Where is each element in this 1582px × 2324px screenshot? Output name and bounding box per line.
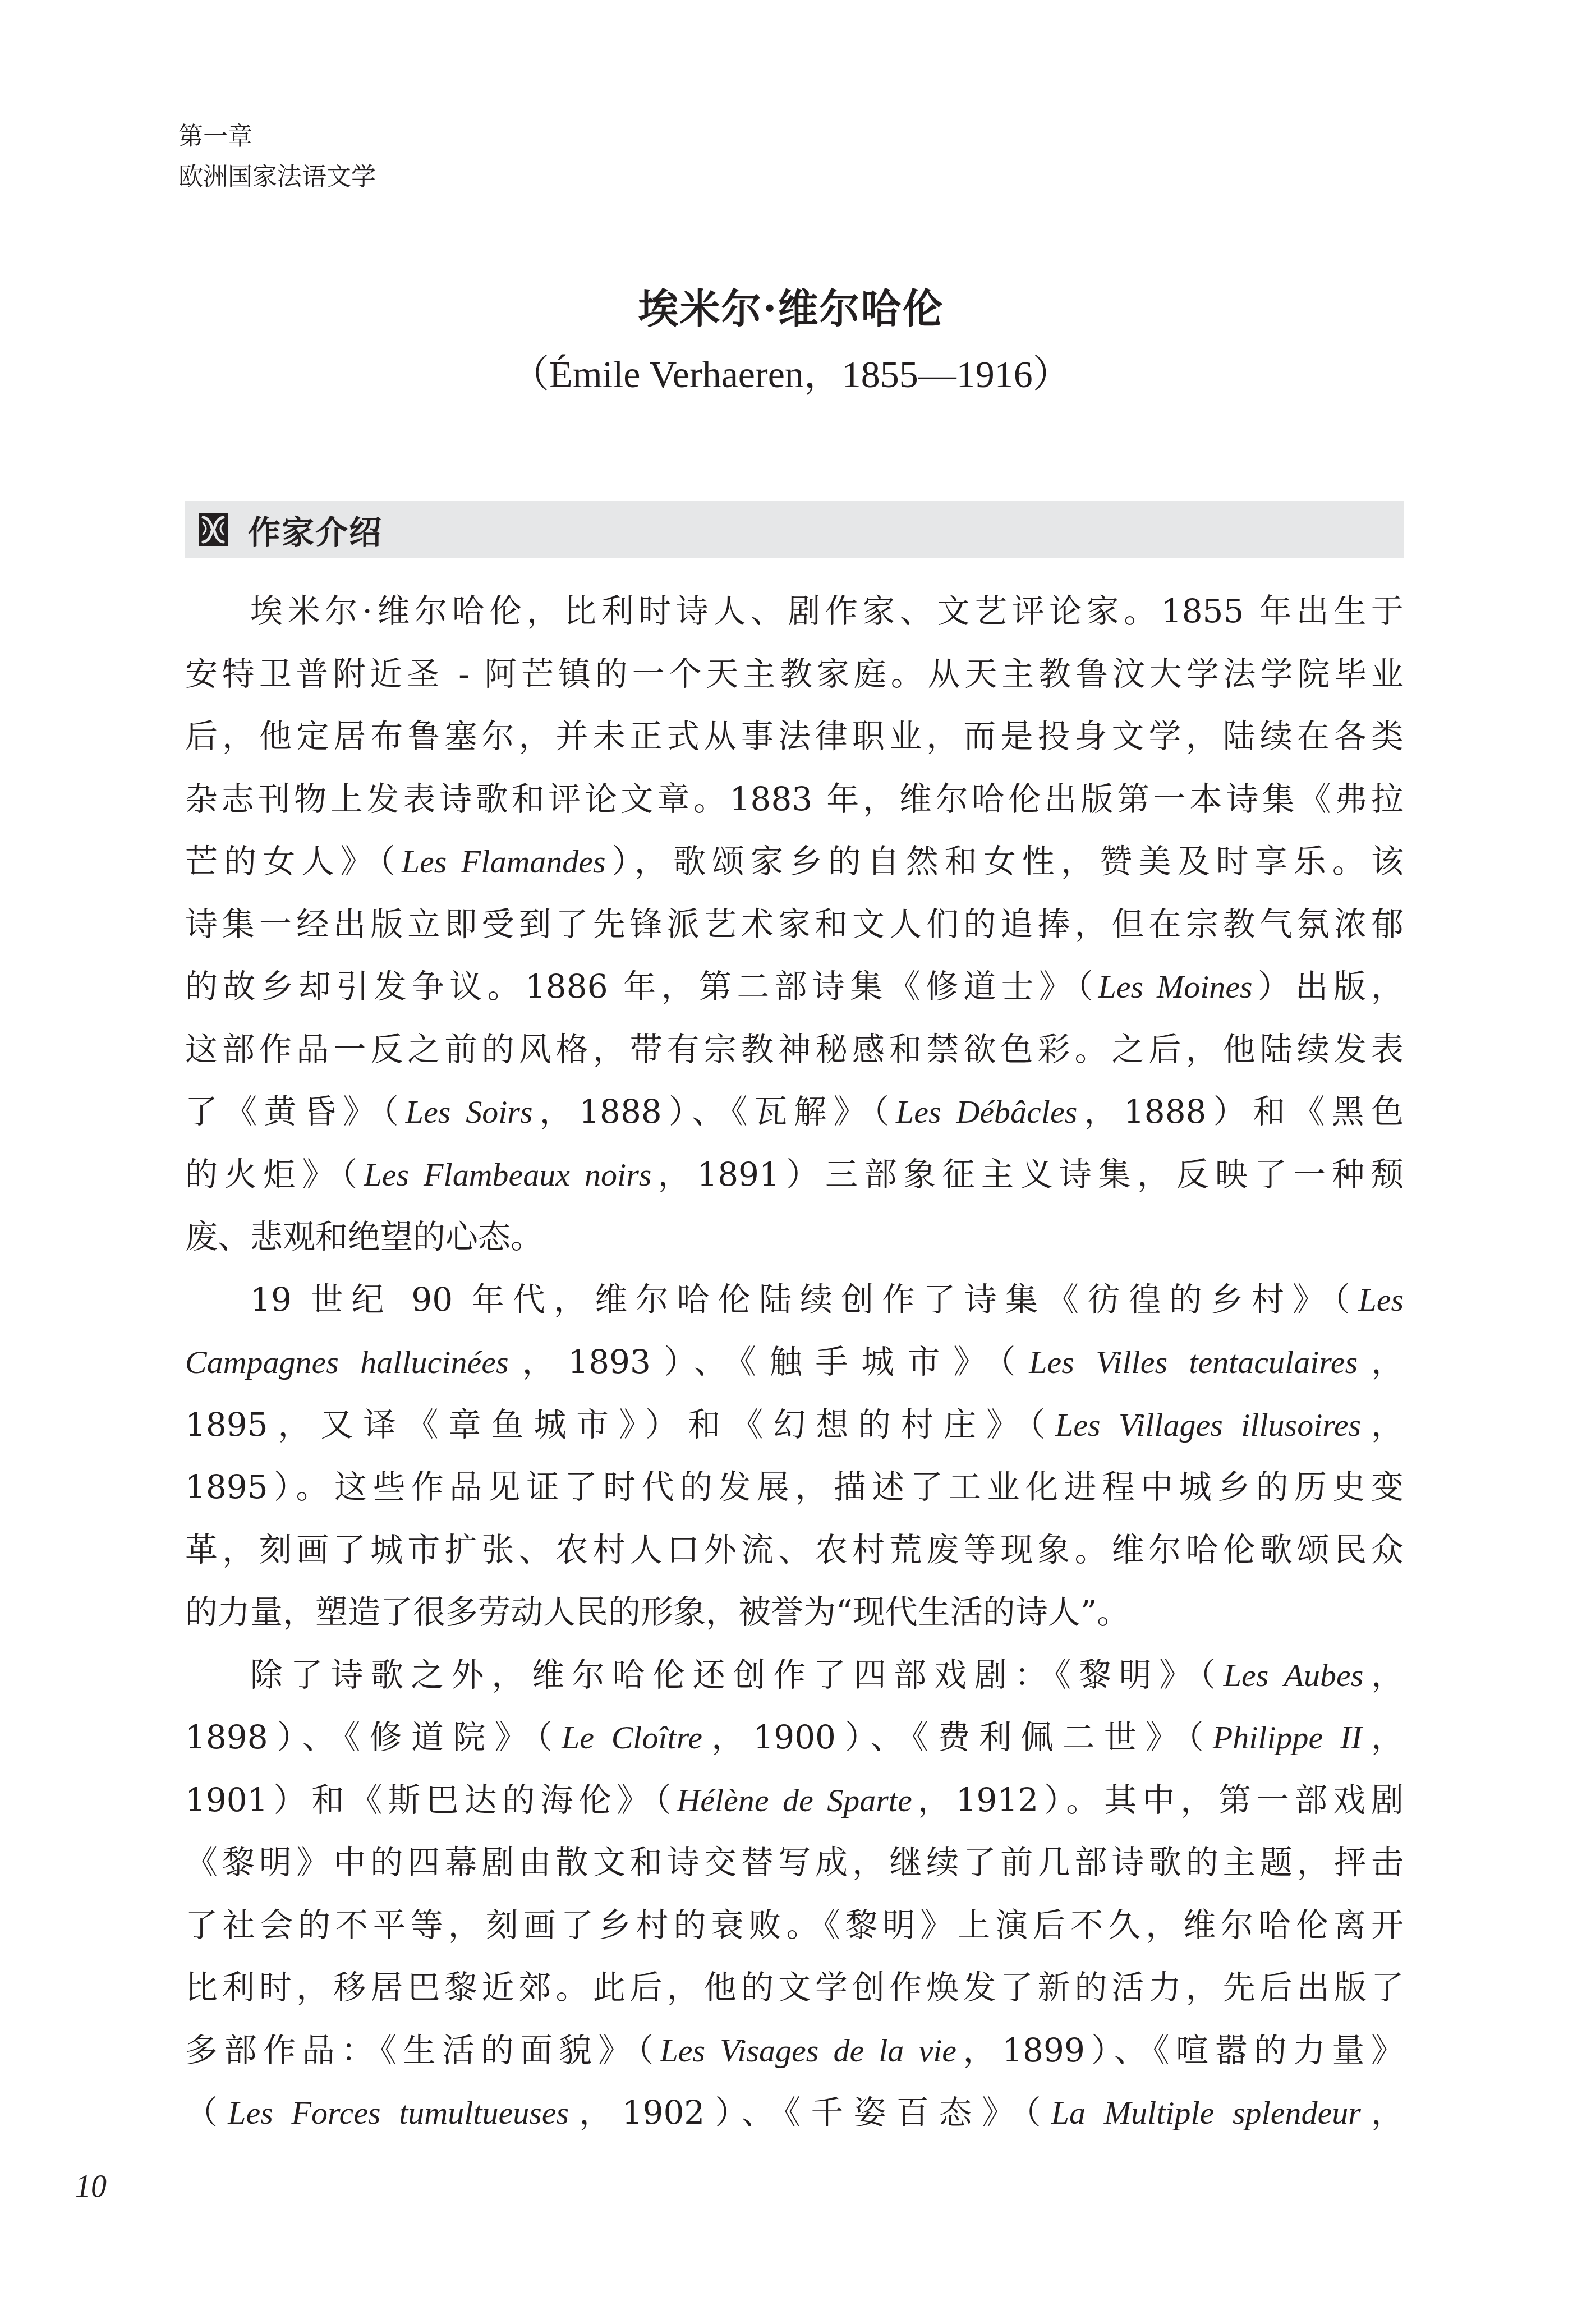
text-line: 了《黄昏》（Les Soirs，1888）、《瓦解》（Les Débâcles，… bbox=[185, 1081, 1404, 1143]
text-line: 这部作品一反之前的风格，带有宗教神秘感和禁欲色彩。之后，他陆续发表 bbox=[185, 1018, 1404, 1081]
text-line: 杂志刊物上发表诗歌和评论文章。1883 年，维尔哈伦出版第一本诗集《弗拉 bbox=[185, 768, 1404, 831]
work-title-fr: Les Flambeaux noirs bbox=[364, 1156, 652, 1193]
text-line: 《黎明》中的四幕剧由散文和诗交替写成，继续了前几部诗歌的主题，抨击 bbox=[185, 1831, 1404, 1894]
ornament-icon bbox=[199, 513, 228, 546]
text-line: 废、悲观和绝望的心态。 bbox=[185, 1206, 1404, 1269]
text-line: 安特卫普附近圣 - 阿芒镇的一个天主教家庭。从天主教鲁汶大学法学院毕业 bbox=[185, 643, 1404, 706]
text-line: 多部作品：《生活的面貌》（Les Visages de la vie，1899）… bbox=[185, 2019, 1404, 2082]
text-line: 1898）、《修道院》（Le Cloître，1900）、《费利佩二世》（Phi… bbox=[185, 1706, 1404, 1769]
work-title-fr: Les Soirs bbox=[406, 1094, 533, 1130]
work-title-fr: Les Débâcles bbox=[896, 1094, 1077, 1130]
text-line: 1895，又译《章鱼城市》）和《幻想的村庄》（Les Villages illu… bbox=[185, 1394, 1404, 1457]
page-subtitle: （Émile Verhaeren，1855—1916） bbox=[0, 349, 1582, 399]
work-title-fr: Les Villages illusoires bbox=[1055, 1407, 1361, 1443]
section-heading-bar: 作家介绍 bbox=[185, 501, 1404, 558]
work-title-fr: Les bbox=[1358, 1282, 1404, 1318]
section-title: 作家介绍 bbox=[248, 506, 383, 553]
page-number: 10 bbox=[75, 2169, 107, 2204]
text-line: 的故乡却引发争议。1886 年，第二部诗集《修道士》（Les Moines）出版… bbox=[185, 956, 1404, 1018]
work-title-fr: La Multiple splendeur bbox=[1051, 2095, 1361, 2131]
text-line: 埃米尔·维尔哈伦，比利时诗人、剧作家、文艺评论家。1855 年出生于 bbox=[185, 580, 1404, 643]
work-title-fr: Philippe II bbox=[1213, 1719, 1362, 1756]
work-title-fr: Les Visages de la vie bbox=[660, 2032, 956, 2069]
text-line: 革，刻画了城市扩张、农村人口外流、农村荒废等现象。维尔哈伦歌颂民众 bbox=[185, 1519, 1404, 1582]
text-line: Campagnes hallucinées，1893）、《触手城市》（Les V… bbox=[185, 1331, 1404, 1394]
text-line: 19 世纪 90 年代，维尔哈伦陆续创作了诗集《彷徨的乡村》（Les bbox=[185, 1269, 1404, 1331]
text-line: 的火炬》（Les Flambeaux noirs，1891）三部象征主义诗集，反… bbox=[185, 1143, 1404, 1206]
text-line: 了社会的不平等，刻画了乡村的衰败。《黎明》上演后不久，维尔哈伦离开 bbox=[185, 1894, 1404, 1957]
work-title-fr: Les Moines bbox=[1098, 968, 1253, 1005]
work-title-fr: Les Forces tumultueuses bbox=[228, 2095, 569, 2131]
text-line: 诗集一经出版立即受到了先锋派艺术家和文人们的追捧，但在宗教气氛浓郁 bbox=[185, 893, 1404, 956]
running-head: 第一章 欧洲国家法语文学 bbox=[178, 117, 376, 198]
title-block: 埃米尔·维尔哈伦 （Émile Verhaeren，1855—1916） bbox=[0, 281, 1582, 399]
text-line: 的力量，塑造了很多劳动人民的形象，被誉为“现代生活的诗人”。 bbox=[185, 1581, 1404, 1644]
work-title-fr: Les Flamandes bbox=[402, 843, 606, 880]
work-title-fr: Le Cloître bbox=[562, 1719, 702, 1756]
text-line: 比利时，移居巴黎近郊。此后，他的文学创作焕发了新的活力，先后出版了 bbox=[185, 1956, 1404, 2019]
text-line: 1901）和《斯巴达的海伦》（Hélène de Sparte，1912）。其中… bbox=[185, 1769, 1404, 1832]
chapter-label: 第一章 bbox=[178, 117, 376, 157]
text-line: 1895）。这些作品见证了时代的发展，描述了工业化进程中城乡的历史变 bbox=[185, 1456, 1404, 1519]
text-line: 芒的女人》（Les Flamandes），歌颂家乡的自然和女性，赞美及时享乐。该 bbox=[185, 830, 1404, 893]
text-line: （Les Forces tumultueuses，1902）、《千姿百态》（La… bbox=[185, 2082, 1404, 2144]
page-title: 埃米尔·维尔哈伦 bbox=[0, 281, 1582, 337]
text-line: 除了诗歌之外，维尔哈伦还创作了四部戏剧：《黎明》（Les Aubes， bbox=[185, 1644, 1404, 1707]
work-title-fr: Les Aubes bbox=[1224, 1657, 1363, 1693]
body-text: 埃米尔·维尔哈伦，比利时诗人、剧作家、文艺评论家。1855 年出生于安特卫普附近… bbox=[185, 580, 1404, 2144]
text-line: 后，他定居布鲁塞尔，并未正式从事法律职业，而是投身文学，陆续在各类 bbox=[185, 705, 1404, 768]
work-title-fr: Les Villes tentaculaires bbox=[1029, 1344, 1358, 1380]
section-label: 欧洲国家法语文学 bbox=[178, 157, 376, 198]
work-title-fr: Campagnes hallucinées bbox=[185, 1344, 508, 1380]
work-title-fr: Hélène de Sparte bbox=[677, 1782, 912, 1818]
